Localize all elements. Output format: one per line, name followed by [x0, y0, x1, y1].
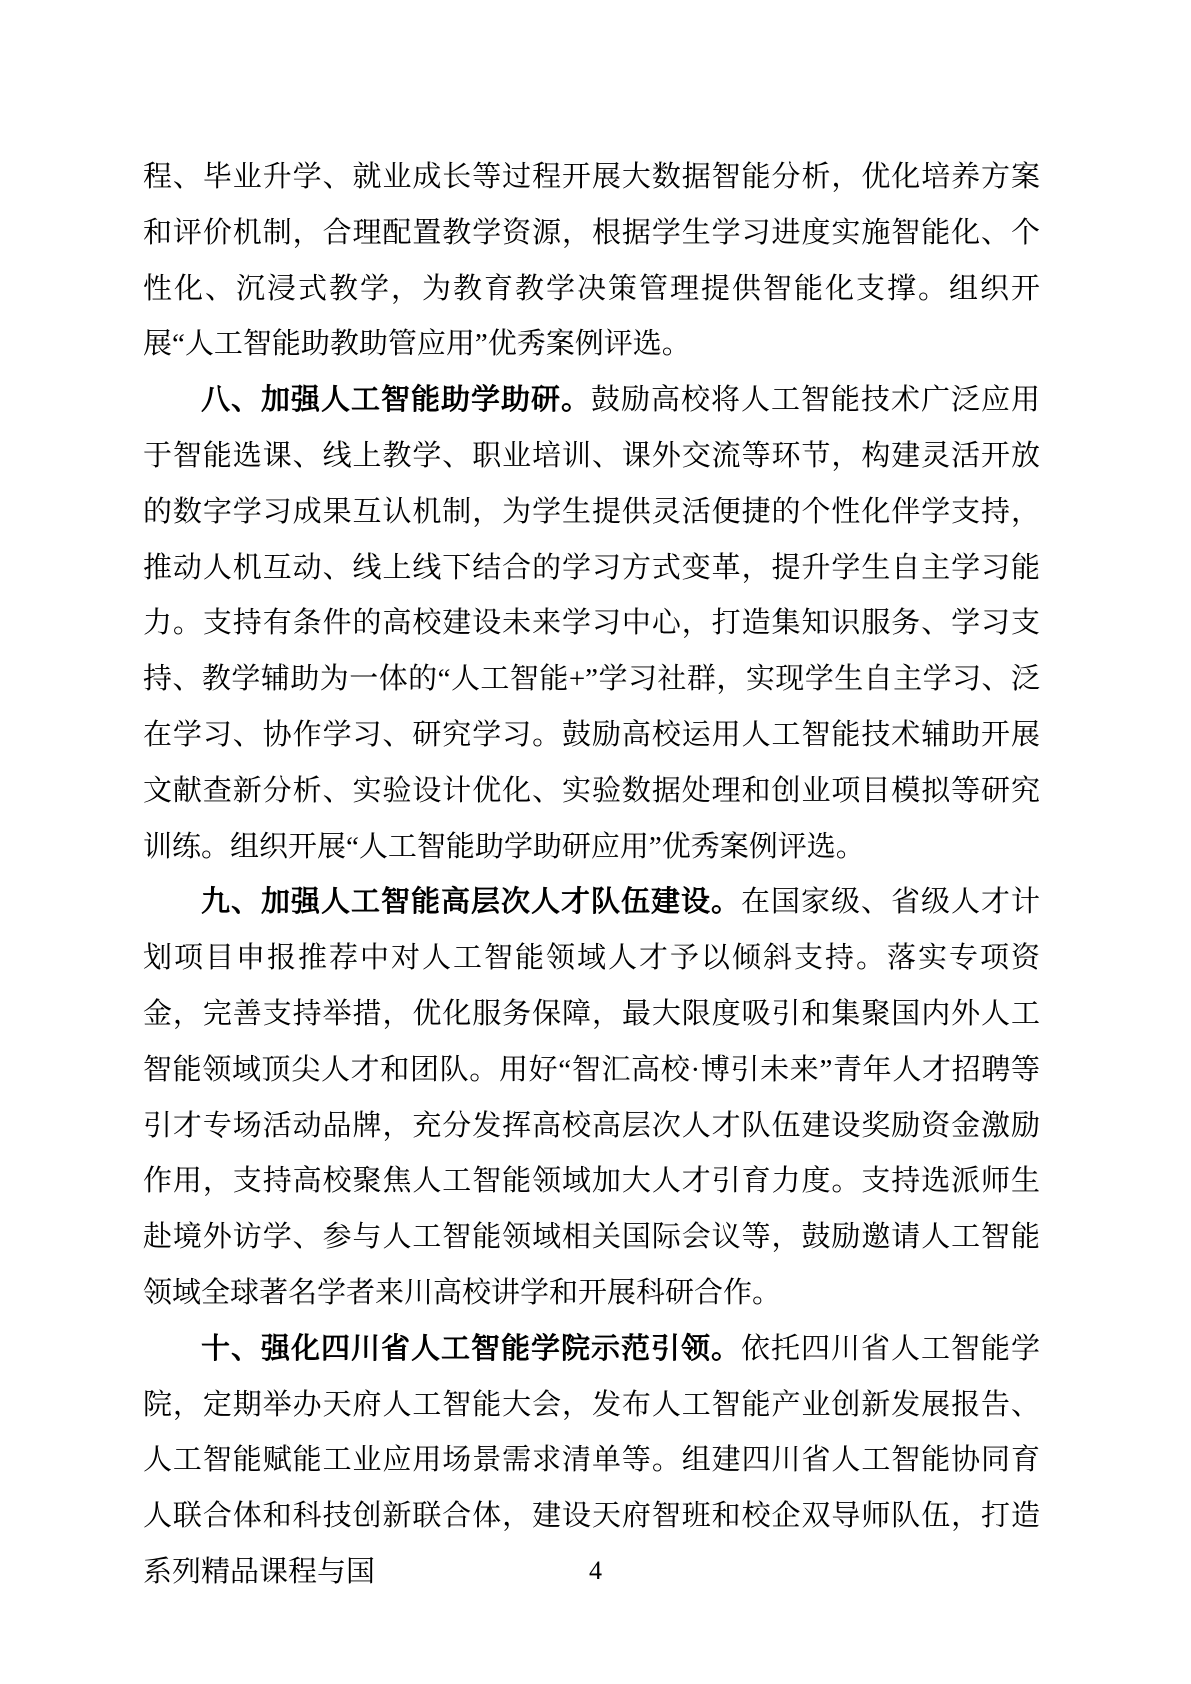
section-10-heading: 十、强化四川省人工智能学院示范引领。: [201, 1333, 741, 1365]
paragraph-section-9: 九、加强人工智能高层次人才队伍建设。在国家级、省级人才计划项目申报推荐中对人工智…: [143, 875, 1040, 1321]
document-page: 程、毕业升学、就业成长等过程开展大数据智能分析，优化培养方案和评价机制，合理配置…: [0, 0, 1191, 1684]
paragraph-body: 依托四川省人工智能学院，定期举办天府人工智能大会，发布人工智能产业创新发展报告、…: [143, 1333, 1040, 1588]
section-8-heading: 八、加强人工智能助学助研。: [201, 384, 591, 416]
document-content: 程、毕业升学、就业成长等过程开展大数据智能分析，优化培养方案和评价机制，合理配置…: [143, 150, 1040, 1601]
paragraph-body: 在国家级、省级人才计划项目申报推荐中对人工智能领域人才予以倾斜支持。落实专项资金…: [143, 886, 1040, 1309]
section-9-heading: 九、加强人工智能高层次人才队伍建设。: [201, 886, 741, 918]
page-footer: 4: [0, 1556, 1191, 1586]
paragraph-continued-from-previous-page: 程、毕业升学、就业成长等过程开展大数据智能分析，优化培养方案和评价机制，合理配置…: [143, 150, 1040, 373]
paragraph-body: 程、毕业升学、就业成长等过程开展大数据智能分析，优化培养方案和评价机制，合理配置…: [143, 161, 1040, 360]
paragraph-body: 鼓励高校将人工智能技术广泛应用于智能选课、线上教学、职业培训、课外交流等环节，构…: [143, 384, 1040, 862]
paragraph-section-8: 八、加强人工智能助学助研。鼓励高校将人工智能技术广泛应用于智能选课、线上教学、职…: [143, 373, 1040, 875]
page-number: 4: [589, 1556, 602, 1585]
